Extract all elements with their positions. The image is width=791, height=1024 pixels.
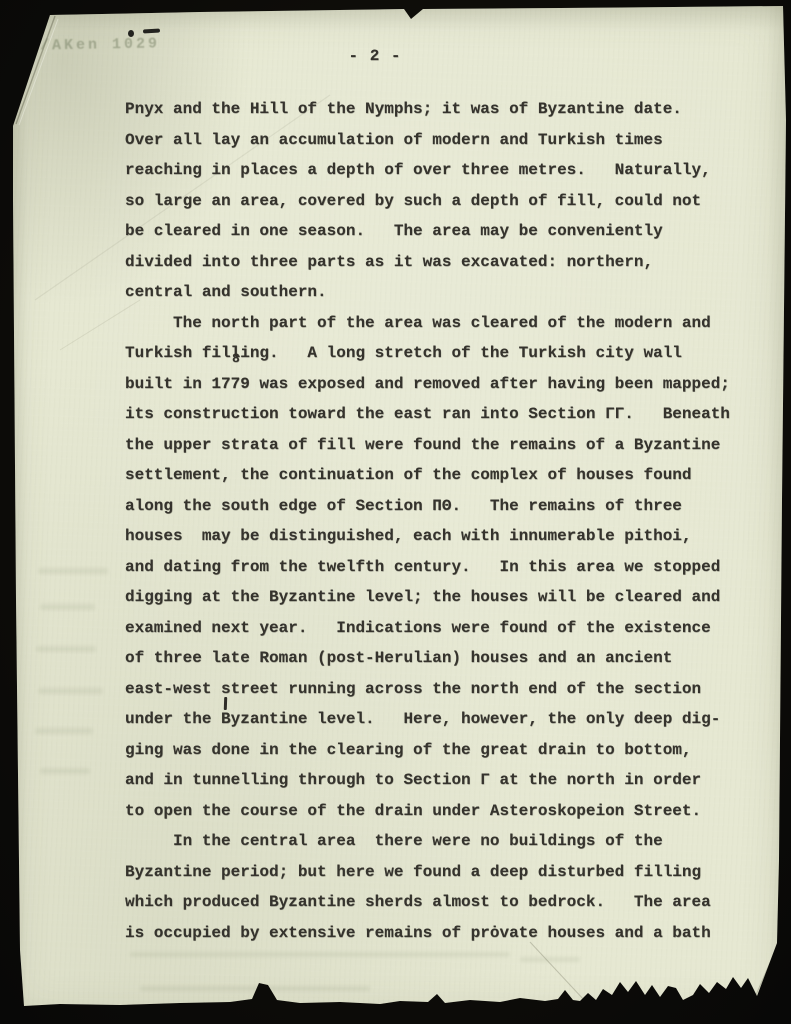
- text-line: of three late Roman (post-Herulian) hous…: [125, 643, 773, 674]
- text-line: along the south edge of Section ΠΘ. The …: [125, 491, 773, 522]
- text-line: central and southern.: [125, 277, 773, 308]
- typed-correction-8: 8: [232, 351, 240, 366]
- text-line: which produced Byzantine sherds almost t…: [125, 887, 773, 918]
- text-line: houses may be distinguished, each with i…: [125, 521, 773, 552]
- text-line: reaching in places a depth of over three…: [125, 155, 773, 186]
- scan-background: T/AKen 1029 - 2 - Pnyx and the Hill of t…: [0, 0, 791, 1024]
- text-line: and in tunnelling through to Section Γ a…: [125, 765, 773, 796]
- text-line: is occupied by extensive remains of prȯv…: [125, 918, 773, 949]
- ink-mark-dot: [128, 30, 134, 37]
- text-line: ging was done in the clearing of the gre…: [125, 735, 773, 766]
- ghost-smudge: [38, 568, 108, 574]
- text-line: under the Byzantine level. Here, however…: [125, 704, 773, 735]
- text-line: east-west street running across the nort…: [125, 674, 773, 705]
- overstrike-mark: [224, 697, 227, 710]
- ghost-smudge: [130, 952, 510, 957]
- text-line: built in 1779 was exposed and removed af…: [125, 369, 773, 400]
- ghost-smudge: [35, 728, 93, 734]
- text-line: examined next year. Indications were fou…: [125, 613, 773, 644]
- text-line: digging at the Byzantine level; the hous…: [125, 582, 773, 613]
- ink-mark-dash: [143, 29, 160, 34]
- document-page: T/AKen 1029 - 2 - Pnyx and the Hill of t…: [0, 0, 791, 1024]
- ghost-smudge: [36, 646, 96, 652]
- text-line: In the central area there were no buildi…: [125, 826, 773, 857]
- text-line: settlement, the continuation of the comp…: [125, 460, 773, 491]
- text-line: The north part of the area was cleared o…: [125, 308, 773, 339]
- ghost-smudge: [520, 957, 580, 962]
- text-line: Byzantine period; but here we found a de…: [125, 857, 773, 888]
- text-line: divided into three parts as it was excav…: [125, 247, 773, 278]
- text-line: its construction toward the east ran int…: [125, 399, 773, 430]
- ghost-smudge: [40, 768, 90, 774]
- body-text: Pnyx and the Hill of the Nymphs; it was …: [125, 94, 773, 948]
- text-line: to open the course of the drain under As…: [125, 796, 773, 827]
- ghost-smudge: [40, 604, 95, 610]
- ghost-smudge: [140, 986, 370, 991]
- text-line: Over all lay an accumulation of modern a…: [125, 125, 773, 156]
- text-line: be cleared in one season. The area may b…: [125, 216, 773, 247]
- text-line: Turkish filling. A long stretch of the T…: [125, 338, 773, 369]
- text-line: and dating from the twelfth century. In …: [125, 552, 773, 583]
- text-line: so large an area, covered by such a dept…: [125, 186, 773, 217]
- page-number: - 2 -: [0, 47, 750, 65]
- text-line: Pnyx and the Hill of the Nymphs; it was …: [125, 94, 773, 125]
- ghost-smudge: [38, 688, 103, 694]
- text-line: the upper strata of fill were found the …: [125, 430, 773, 461]
